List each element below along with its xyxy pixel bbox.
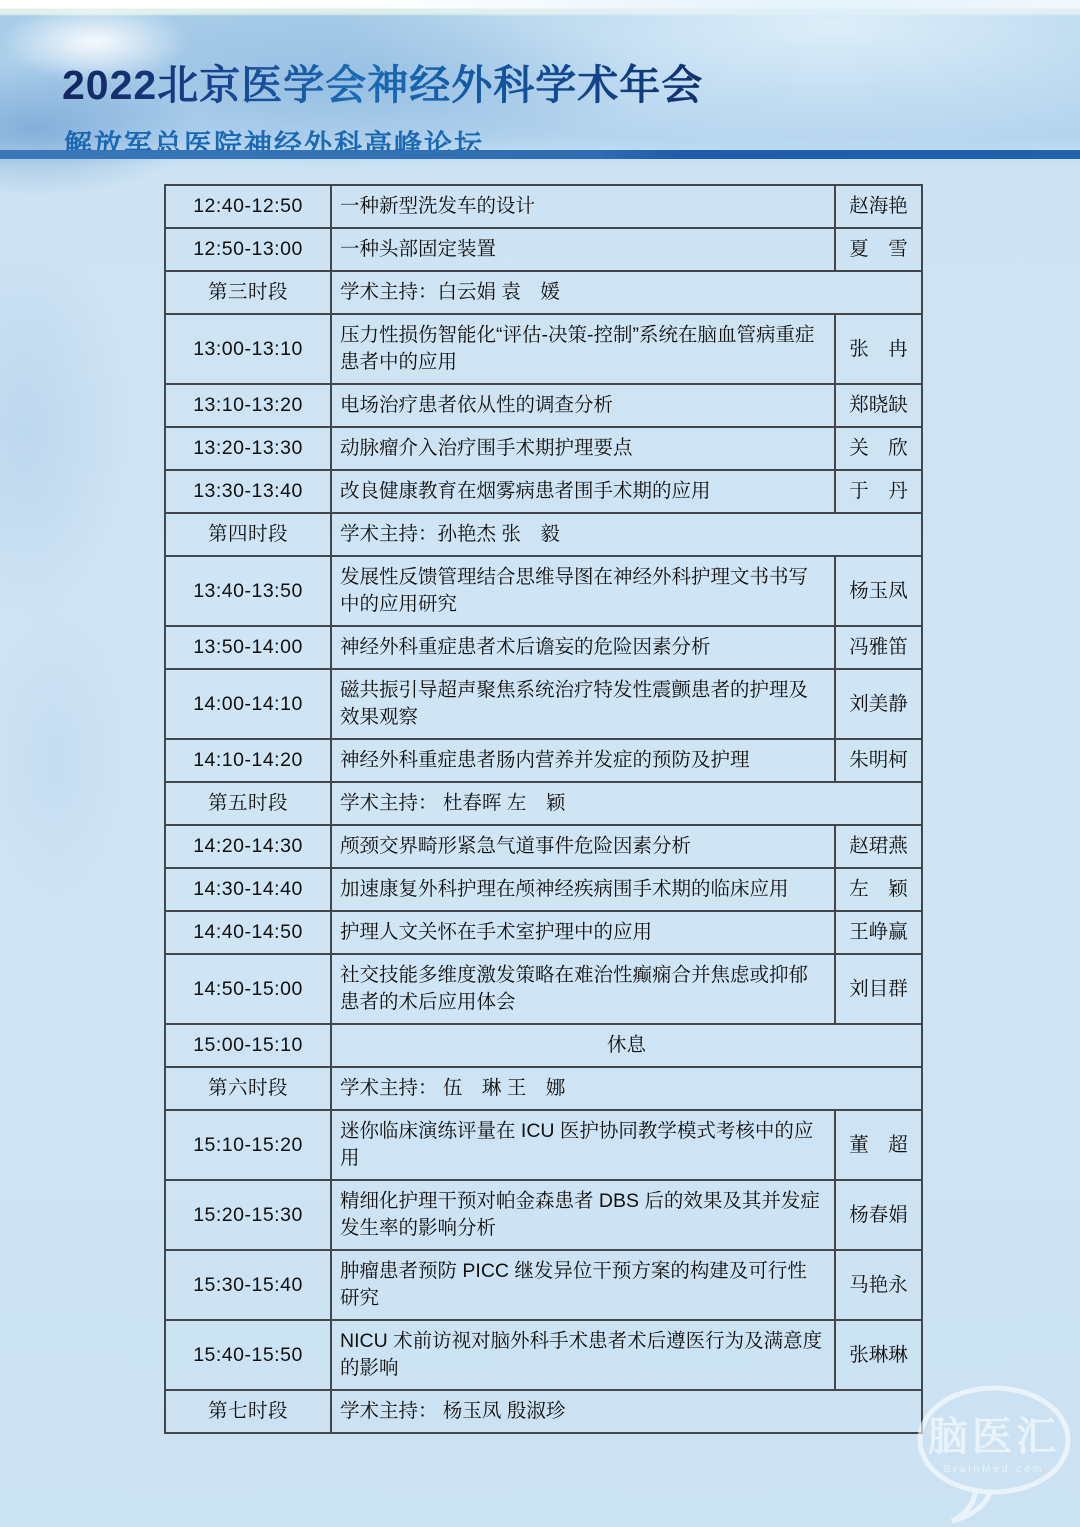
watermark-subtext: BrainMed.com [944, 1464, 1044, 1475]
header-divider-bar [0, 150, 1080, 159]
time-cell: 14:00-14:10 [165, 669, 331, 739]
time-cell: 15:30-15:40 [165, 1250, 331, 1320]
talk-row: 15:10-15:20迷你临床演练评量在 ICU 医护协同教学模式考核中的应用董… [165, 1110, 922, 1180]
talk-row: 14:00-14:10磁共振引导超声聚焦系统治疗特发性震颤患者的护理及效果观察刘… [165, 669, 922, 739]
segment-label-cell: 第五时段 [165, 782, 331, 825]
time-cell: 13:50-14:00 [165, 626, 331, 669]
schedule-table: 12:40-12:50一种新型洗发车的设计赵海艳12:50-13:00一种头部固… [164, 184, 923, 1434]
speaker-cell: 关 欣 [835, 427, 922, 470]
title-cell: 压力性损伤智能化“评估-决策-控制”系统在脑血管病重症患者中的应用 [331, 314, 835, 384]
title-cell: 改良健康教育在烟雾病患者围手术期的应用 [331, 470, 835, 513]
conference-title: 2022北京医学会神经外科学术年会 [62, 52, 703, 111]
title-cell: 神经外科重症患者肠内营养并发症的预防及护理 [331, 739, 835, 782]
talk-row: 15:20-15:30精细化护理干预对帕金森患者 DBS 后的效果及其并发症发生… [165, 1180, 922, 1250]
speaker-cell: 杨玉凤 [835, 556, 922, 626]
segment-label-cell: 第七时段 [165, 1390, 331, 1433]
session-row: 第七时段学术主持： 杨玉凤 殷淑珍 [165, 1390, 922, 1433]
talk-row: 13:40-13:50发展性反馈管理结合思维导图在神经外科护理文书书写中的应用研… [165, 556, 922, 626]
speaker-cell: 刘美静 [835, 669, 922, 739]
speaker-cell: 刘目群 [835, 954, 922, 1024]
title-cell: 磁共振引导超声聚焦系统治疗特发性震颤患者的护理及效果观察 [331, 669, 835, 739]
time-cell: 14:50-15:00 [165, 954, 331, 1024]
time-cell: 14:40-14:50 [165, 911, 331, 954]
time-cell: 15:40-15:50 [165, 1320, 331, 1390]
time-cell: 13:20-13:30 [165, 427, 331, 470]
time-cell: 13:10-13:20 [165, 384, 331, 427]
speaker-cell: 马艳永 [835, 1250, 922, 1320]
moderators-cell: 学术主持： 伍 琳 王 娜 [331, 1067, 922, 1110]
title-cell: 护理人文关怀在手术室护理中的应用 [331, 911, 835, 954]
title-cell: 加速康复外科护理在颅神经疾病围手术期的临床应用 [331, 868, 835, 911]
time-cell: 13:40-13:50 [165, 556, 331, 626]
talk-row: 14:10-14:20神经外科重症患者肠内营养并发症的预防及护理朱明柯 [165, 739, 922, 782]
time-cell: 14:10-14:20 [165, 739, 331, 782]
speaker-cell: 董 超 [835, 1110, 922, 1180]
speaker-cell: 左 颖 [835, 868, 922, 911]
segment-label-cell: 第四时段 [165, 513, 331, 556]
time-cell: 12:40-12:50 [165, 185, 331, 228]
title-cell: 休息 [331, 1024, 922, 1067]
time-cell: 15:10-15:20 [165, 1110, 331, 1180]
speech-bubble-icon [920, 1388, 1068, 1521]
speaker-cell: 郑晓缺 [835, 384, 922, 427]
title-cell: 电场治疗患者依从性的调查分析 [331, 384, 835, 427]
time-cell: 14:30-14:40 [165, 868, 331, 911]
speaker-cell: 赵珺燕 [835, 825, 922, 868]
time-cell: 14:20-14:30 [165, 825, 331, 868]
moderators-cell: 学术主持：白云娟 袁 媛 [331, 271, 922, 314]
schedule-table-body: 12:40-12:50一种新型洗发车的设计赵海艳12:50-13:00一种头部固… [165, 185, 922, 1433]
title-cell: 精细化护理干预对帕金森患者 DBS 后的效果及其并发症发生率的影响分析 [331, 1180, 835, 1250]
speaker-cell: 杨春娟 [835, 1180, 922, 1250]
talk-row: 13:10-13:20电场治疗患者依从性的调查分析郑晓缺 [165, 384, 922, 427]
moderators-cell: 学术主持： 杜春晖 左 颖 [331, 782, 922, 825]
session-row: 第三时段学术主持：白云娟 袁 媛 [165, 271, 922, 314]
title-cell: 迷你临床演练评量在 ICU 医护协同教学模式考核中的应用 [331, 1110, 835, 1180]
speaker-cell: 张琳琳 [835, 1320, 922, 1390]
time-cell: 13:30-13:40 [165, 470, 331, 513]
segment-label-cell: 第三时段 [165, 271, 331, 314]
time-cell: 15:00-15:10 [165, 1024, 331, 1067]
speaker-cell: 夏 雪 [835, 228, 922, 271]
talk-row: 13:00-13:10压力性损伤智能化“评估-决策-控制”系统在脑血管病重症患者… [165, 314, 922, 384]
talk-row: 12:50-13:00一种头部固定装置夏 雪 [165, 228, 922, 271]
program-page: 2022北京医学会神经外科学术年会 解放军总医院神经外科高峰论坛 12:40-1… [0, 0, 1080, 1527]
talk-row: 14:50-15:00社交技能多维度激发策略在难治性癫痫合并焦虑或抑郁患者的术后… [165, 954, 922, 1024]
title-cell: 一种头部固定装置 [331, 228, 835, 271]
break-row: 15:00-15:10休息 [165, 1024, 922, 1067]
time-cell: 12:50-13:00 [165, 228, 331, 271]
title-cell: NICU 术前访视对脑外科手术患者术后遵医行为及满意度的影响 [331, 1320, 835, 1390]
page-header: 2022北京医学会神经外科学术年会 解放军总医院神经外科高峰论坛 [62, 52, 703, 163]
time-cell: 13:00-13:10 [165, 314, 331, 384]
talk-row: 13:50-14:00神经外科重症患者术后谵妄的危险因素分析冯雅笛 [165, 626, 922, 669]
title-cell: 颅颈交界畸形紧急气道事件危险因素分析 [331, 825, 835, 868]
moderators-cell: 学术主持： 杨玉凤 殷淑珍 [331, 1390, 922, 1433]
speaker-cell: 冯雅笛 [835, 626, 922, 669]
speaker-cell: 赵海艳 [835, 185, 922, 228]
title-cell: 神经外科重症患者术后谵妄的危险因素分析 [331, 626, 835, 669]
talk-row: 14:40-14:50护理人文关怀在手术室护理中的应用王峥赢 [165, 911, 922, 954]
session-row: 第六时段学术主持： 伍 琳 王 娜 [165, 1067, 922, 1110]
talk-row: 13:20-13:30动脉瘤介入治疗围手术期护理要点关 欣 [165, 427, 922, 470]
session-row: 第四时段学术主持：孙艳杰 张 毅 [165, 513, 922, 556]
speaker-cell: 王峥赢 [835, 911, 922, 954]
talk-row: 14:30-14:40加速康复外科护理在颅神经疾病围手术期的临床应用左 颖 [165, 868, 922, 911]
speaker-cell: 于 丹 [835, 470, 922, 513]
talk-row: 12:40-12:50一种新型洗发车的设计赵海艳 [165, 185, 922, 228]
segment-label-cell: 第六时段 [165, 1067, 331, 1110]
talk-row: 13:30-13:40改良健康教育在烟雾病患者围手术期的应用于 丹 [165, 470, 922, 513]
brainmed-watermark: 脑医汇 BrainMed.com [902, 1378, 1077, 1527]
talk-row: 15:30-15:40肿瘤患者预防 PICC 继发异位干预方案的构建及可行性研究… [165, 1250, 922, 1320]
title-cell: 社交技能多维度激发策略在难治性癫痫合并焦虑或抑郁患者的术后应用体会 [331, 954, 835, 1024]
speaker-cell: 朱明柯 [835, 739, 922, 782]
session-row: 第五时段学术主持： 杜春晖 左 颖 [165, 782, 922, 825]
title-cell: 肿瘤患者预防 PICC 继发异位干预方案的构建及可行性研究 [331, 1250, 835, 1320]
speaker-cell: 张 冉 [835, 314, 922, 384]
title-cell: 发展性反馈管理结合思维导图在神经外科护理文书书写中的应用研究 [331, 556, 835, 626]
title-cell: 动脉瘤介入治疗围手术期护理要点 [331, 427, 835, 470]
title-cell: 一种新型洗发车的设计 [331, 185, 835, 228]
time-cell: 15:20-15:30 [165, 1180, 331, 1250]
moderators-cell: 学术主持：孙艳杰 张 毅 [331, 513, 922, 556]
watermark-text: 脑医汇 [928, 1415, 1060, 1459]
talk-row: 15:40-15:50NICU 术前访视对脑外科手术患者术后遵医行为及满意度的影… [165, 1320, 922, 1390]
talk-row: 14:20-14:30颅颈交界畸形紧急气道事件危险因素分析赵珺燕 [165, 825, 922, 868]
